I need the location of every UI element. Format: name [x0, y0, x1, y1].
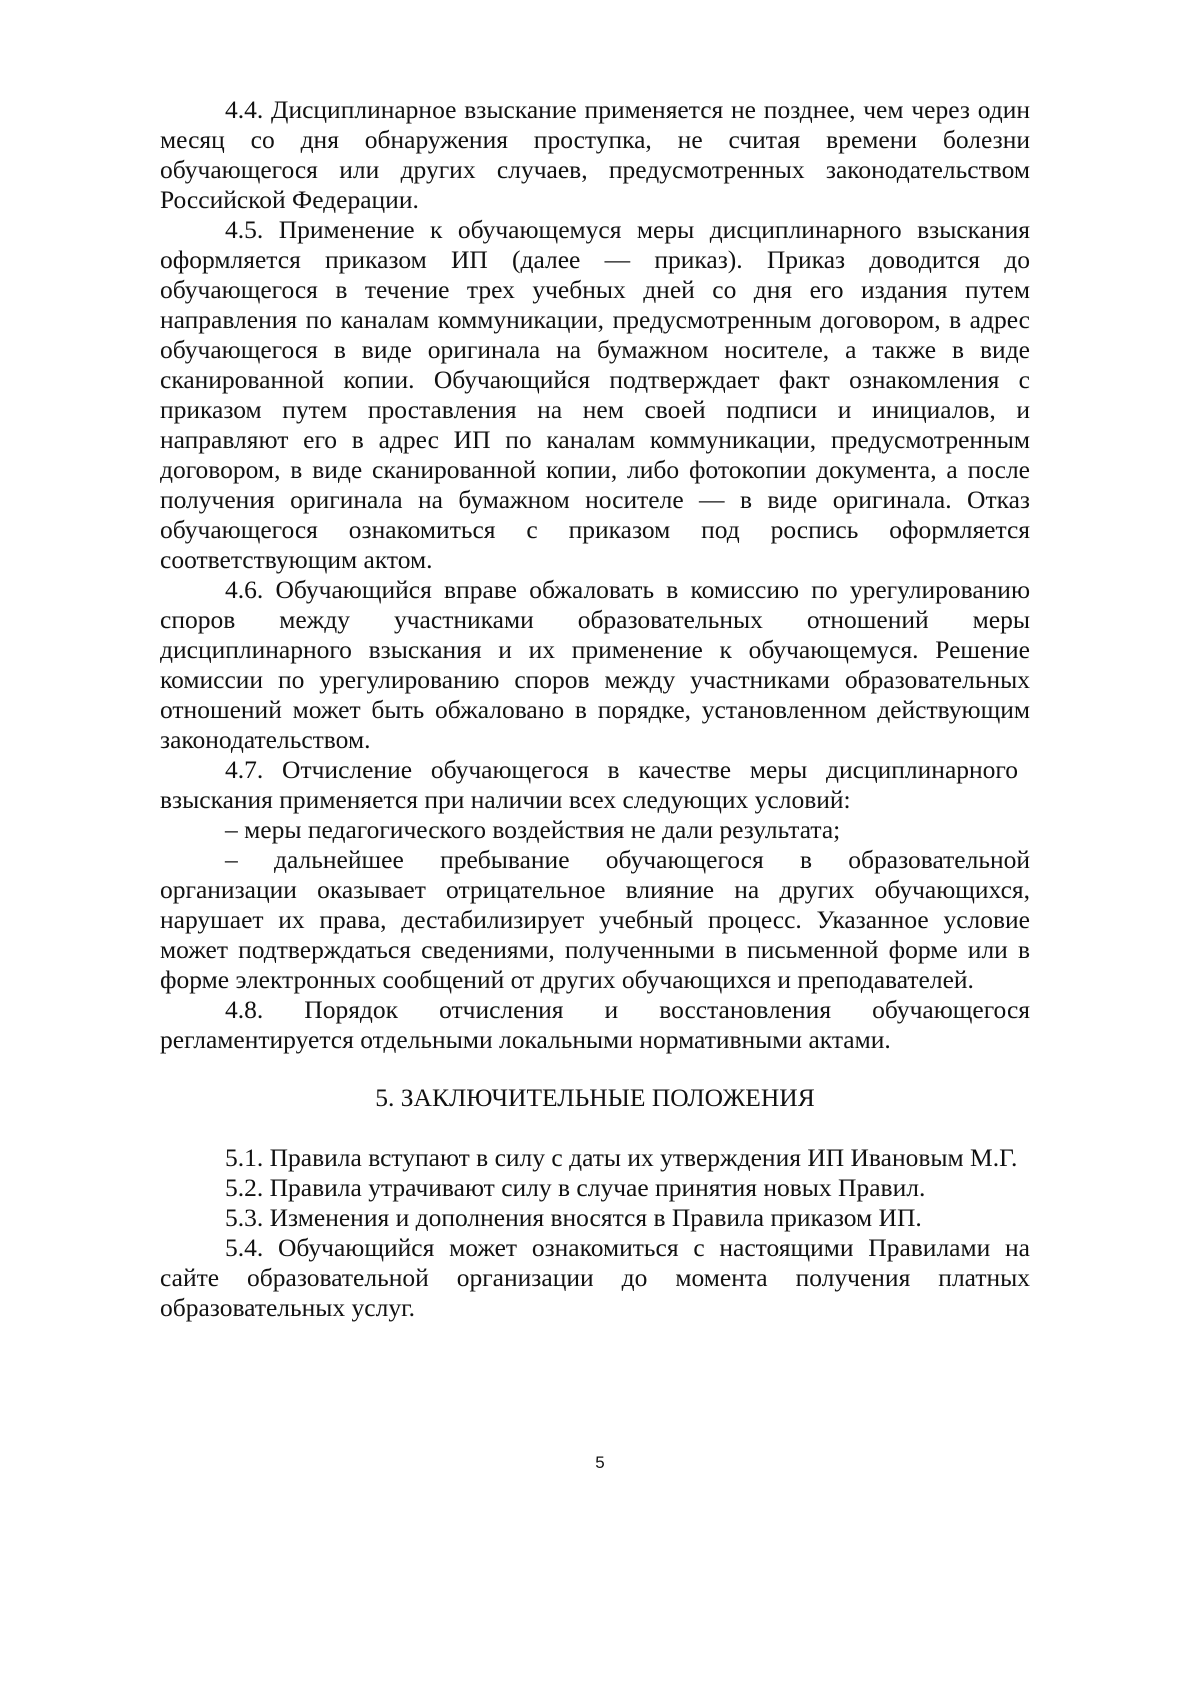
paragraph-5-2: 5.2. Правила утрачивают силу в случае пр…: [160, 1173, 1030, 1203]
text-line: дисциплинарного взыскания и их применени…: [160, 635, 1030, 665]
text-line: получения оригинала на бумажном носителе…: [160, 485, 1030, 515]
text-line: договором, в виде сканированной копии, л…: [160, 455, 1030, 485]
text-line: взыскания применяется при наличии всех с…: [160, 785, 1030, 815]
paragraph-4-4: 4.4. Дисциплинарное взыскание применяетс…: [160, 95, 1030, 215]
section-heading: 5. ЗАКЛЮЧИТЕЛЬНЫЕ ПОЛОЖЕНИЯ: [160, 1083, 1030, 1113]
text-line: – дальнейшее пребывание обучающегося в о…: [160, 845, 1030, 875]
text-line: месяц со дня обнаружения проступка, не с…: [160, 125, 1030, 155]
text-line: обучающегося в течение трех учебных дней…: [160, 275, 1030, 305]
document-page: 4.4. Дисциплинарное взыскание применяетс…: [160, 95, 1030, 1323]
text-line: отношений может быть обжаловано в порядк…: [160, 695, 1030, 725]
list-item-condition-2: – дальнейшее пребывание обучающегося в о…: [160, 845, 1030, 995]
text-line: оформляется приказом ИП (далее — приказ)…: [160, 245, 1030, 275]
text-line: 4.7. Отчисление обучающегося в качестве …: [160, 755, 1030, 785]
text-line: направляют его в адрес ИП по каналам ком…: [160, 425, 1030, 455]
text-line: обучающегося или других случаев, предусм…: [160, 155, 1030, 185]
text-line: 5.2. Правила утрачивают силу в случае пр…: [160, 1173, 1030, 1203]
text-line: 5.1. Правила вступают в силу с даты их у…: [160, 1143, 1030, 1173]
paragraph-4-6: 4.6. Обучающийся вправе обжаловать в ком…: [160, 575, 1030, 755]
text-line: 4.8. Порядок отчисления и восстановления…: [160, 995, 1030, 1025]
text-line: комиссии по урегулированию споров между …: [160, 665, 1030, 695]
paragraph-4-8: 4.8. Порядок отчисления и восстановления…: [160, 995, 1030, 1055]
text-line: обучающегося в виде оригинала на бумажно…: [160, 335, 1030, 365]
text-line: 4.5. Применение к обучающемуся меры дисц…: [160, 215, 1030, 245]
text-line: может подтверждаться сведениями, получен…: [160, 935, 1030, 965]
text-line: 4.4. Дисциплинарное взыскание применяетс…: [160, 95, 1030, 125]
text-line: направления по каналам коммуникации, пре…: [160, 305, 1030, 335]
text-line: приказом путем проставления на нем своей…: [160, 395, 1030, 425]
page-number: 5: [0, 1453, 1200, 1473]
text-line: форме электронных сообщений от других об…: [160, 965, 1030, 995]
text-line: сайте образовательной организации до мом…: [160, 1263, 1030, 1293]
text-line: споров между участниками образовательных…: [160, 605, 1030, 635]
list-item-condition-1: – меры педагогического воздействия не да…: [160, 815, 1030, 845]
paragraph-5-3: 5.3. Изменения и дополнения вносятся в П…: [160, 1203, 1030, 1233]
text-line: Российской Федерации.: [160, 185, 1030, 215]
text-line: организации оказывает отрицательное влия…: [160, 875, 1030, 905]
text-line: регламентируется отдельными локальными н…: [160, 1025, 1030, 1055]
text-line: нарушает их права, дестабилизирует учебн…: [160, 905, 1030, 935]
text-line: обучающегося ознакомиться с приказом под…: [160, 515, 1030, 545]
text-line: – меры педагогического воздействия не да…: [160, 815, 1030, 845]
text-line: 5.4. Обучающийся может ознакомиться с на…: [160, 1233, 1030, 1263]
text-line: 4.6. Обучающийся вправе обжаловать в ком…: [160, 575, 1030, 605]
paragraph-5-4: 5.4. Обучающийся может ознакомиться с на…: [160, 1233, 1030, 1323]
text-line: сканированной копии. Обучающийся подтвер…: [160, 365, 1030, 395]
text-line: соответствующим актом.: [160, 545, 1030, 575]
text-line: законодательством.: [160, 725, 1030, 755]
text-line: образовательных услуг.: [160, 1293, 1030, 1323]
paragraph-5-1: 5.1. Правила вступают в силу с даты их у…: [160, 1143, 1030, 1173]
paragraph-4-5: 4.5. Применение к обучающемуся меры дисц…: [160, 215, 1030, 575]
paragraph-4-7: 4.7. Отчисление обучающегося в качестве …: [160, 755, 1030, 815]
text-line: 5.3. Изменения и дополнения вносятся в П…: [160, 1203, 1030, 1233]
